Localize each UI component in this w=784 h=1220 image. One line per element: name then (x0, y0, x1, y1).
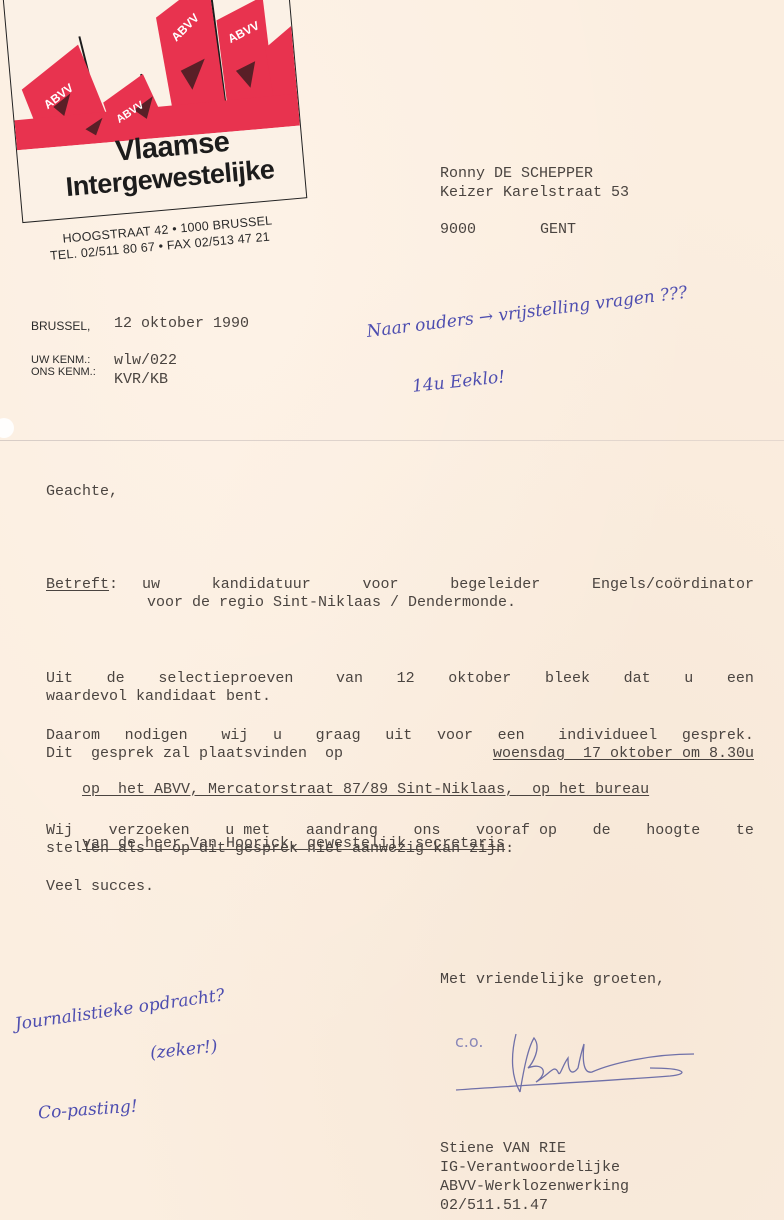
subject-label: Betreft (46, 576, 109, 593)
paragraph-1-line1: Uitdeselectieproeven van12oktoberbleekda… (46, 670, 754, 688)
signatory-phone: 02/511.51.47 (440, 1196, 548, 1215)
uw-kenm-label: UW KENM.: (31, 354, 90, 366)
word: individueel (558, 727, 657, 745)
recipient-postcode: 9000 (440, 220, 476, 239)
word: Uit (46, 670, 73, 688)
signature-icon (450, 1028, 710, 1098)
word: de (593, 822, 611, 840)
letterhead-logo: ABVV ABVV ABVV ABVV Vlaamse Intergeweste… (2, 0, 307, 223)
word: u met (225, 822, 270, 840)
paragraph-2-line3: op het ABVV, Mercatorstraat 87/89 Sint-N… (46, 763, 754, 817)
word: voor (437, 727, 473, 745)
word: hoogte (646, 822, 700, 840)
word: nodigen (125, 727, 197, 745)
greeting: Met vriendelijke groeten, (440, 970, 665, 989)
signatory-title: IG-Verantwoordelijke (440, 1158, 620, 1177)
closing-line: Veel succes. (46, 877, 154, 896)
word: selectieproeven (158, 670, 302, 688)
word: vooraf op (476, 822, 557, 840)
recipient-street: Keizer Karelstraat 53 (440, 183, 629, 202)
meeting-datetime: woensdag 17 oktober om 8.30u (493, 745, 754, 763)
word: Wij (46, 822, 73, 840)
word: wij (221, 727, 248, 745)
word: aandrang (306, 822, 378, 840)
word: de (107, 670, 125, 688)
word: bleek (545, 670, 590, 688)
meeting-location: op het ABVV, Mercatorstraat 87/89 Sint-N… (82, 781, 649, 798)
word: dat (624, 670, 651, 688)
letter-date: 12 oktober 1990 (114, 314, 249, 333)
paragraph-1: Uitdeselectieproeven van12oktoberbleekda… (46, 670, 754, 706)
ons-kenm-label: ONS KENM.: (31, 366, 96, 378)
word: ons (413, 822, 440, 840)
signatory-department: ABVV-Werklozenwerking (440, 1177, 629, 1196)
word: u (273, 727, 291, 745)
word: te (736, 822, 754, 840)
ons-kenm-value: KVR/KB (114, 370, 168, 389)
recipient-name: Ronny DE SCHEPPER (440, 164, 593, 183)
word: gesprek. (682, 727, 754, 745)
paragraph-3: Wijverzoekenu metaandrangonsvooraf opdeh… (46, 822, 754, 858)
paragraph-3-line1: Wijverzoekenu metaandrangonsvooraf opdeh… (46, 822, 754, 840)
paragraph-3-line2: stellen als u op dit gesprek niet aanwez… (46, 840, 754, 858)
word: van (336, 670, 363, 688)
subject-line2: voor de regio Sint-Niklaas / Dendermonde… (46, 594, 754, 612)
word: graag (316, 727, 361, 745)
signatory-name: Stiene VAN RIE (440, 1139, 566, 1158)
word: een (498, 727, 534, 745)
uw-kenm-value: wlw/022 (114, 351, 177, 370)
word: verzoeken (109, 822, 190, 840)
word: Daarom (46, 727, 100, 745)
place-label: BRUSSEL, (31, 320, 90, 332)
paragraph-2-line2: Dit gesprek zal plaatsvinden op woensdag… (46, 745, 754, 763)
word: u (684, 670, 693, 688)
paragraph-1-line2: waardevol kandidaat bent. (46, 688, 754, 706)
fold-line (0, 440, 784, 441)
paragraph-2-line1: Daaromnodigen wiju graaguitvooreen indiv… (46, 727, 754, 745)
recipient-city: GENT (540, 220, 576, 239)
salutation: Geachte, (46, 482, 118, 501)
subject-line1: uwkandidatuurvoorbegeleiderEngels/coördi… (142, 576, 754, 594)
word: een (727, 670, 754, 688)
word: uit (385, 727, 412, 745)
word: 12 (397, 670, 415, 688)
word: oktober (448, 670, 511, 688)
subject-block: Betreft: uwkandidatuurvoorbegeleiderEnge… (46, 576, 754, 612)
